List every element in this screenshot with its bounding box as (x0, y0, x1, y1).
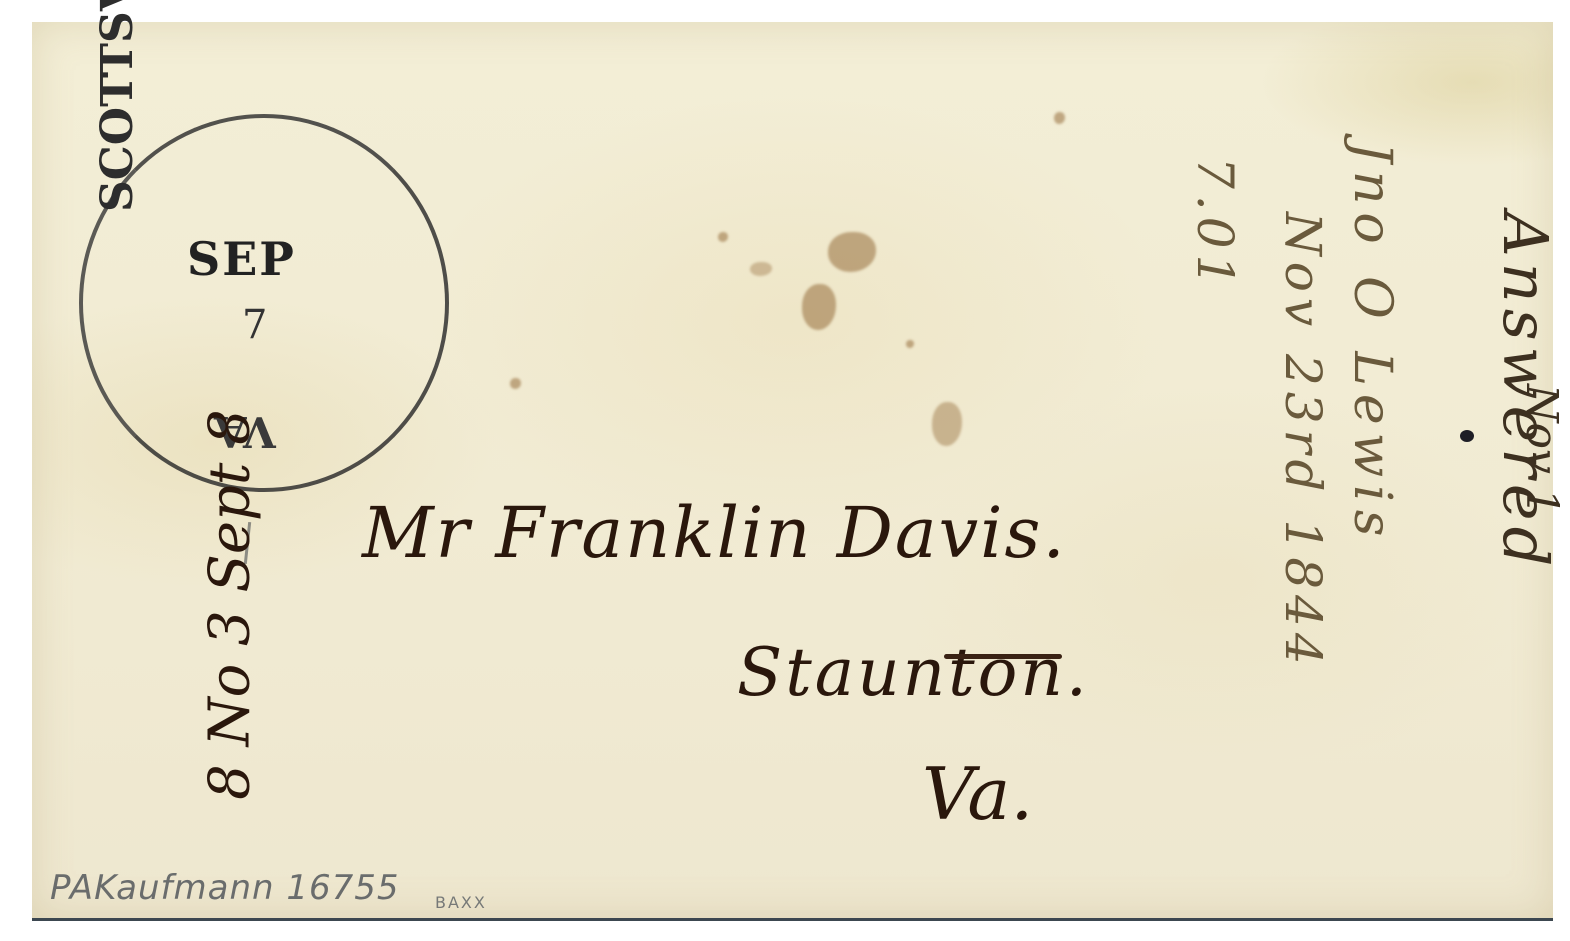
docket-date: Nov 23rd 1844 (1274, 212, 1332, 671)
pencil-inventory-note: PAKaufmann 16755 (50, 868, 400, 908)
postmark-month: SEP (187, 232, 296, 286)
docket-answered-date: Nov 1 (1516, 384, 1567, 516)
city-underline-flourish (944, 654, 1062, 659)
stain (932, 402, 962, 446)
postmark-town-text: SCOTTSVILLE (92, 0, 143, 212)
stain (750, 262, 772, 276)
addressee-state: Va. (922, 752, 1033, 836)
stain (802, 284, 836, 330)
addressee-name: Mr Franklin Davis. (362, 492, 1067, 574)
envelope-cover: SCOTTSVILLE SEP 7 VA Mr Franklin Davis. … (32, 22, 1553, 921)
postmark-day: 7 (242, 302, 267, 348)
docket-sender-name: Jno O Lewis (1342, 142, 1402, 544)
stain (906, 340, 914, 348)
stain (718, 232, 728, 242)
manuscript-rate-note: 8 No 3 Sept 8 (198, 395, 263, 815)
stain (510, 378, 521, 389)
pencil-code: BAXX (435, 893, 487, 912)
stain (828, 232, 876, 272)
ink-blot (1460, 430, 1474, 442)
stain (1054, 112, 1065, 124)
docket-rate: 7.01 (1186, 157, 1244, 292)
postmark-town: SCOTTSVILLE (92, 0, 143, 212)
addressee-city: Staunton. (737, 634, 1090, 711)
